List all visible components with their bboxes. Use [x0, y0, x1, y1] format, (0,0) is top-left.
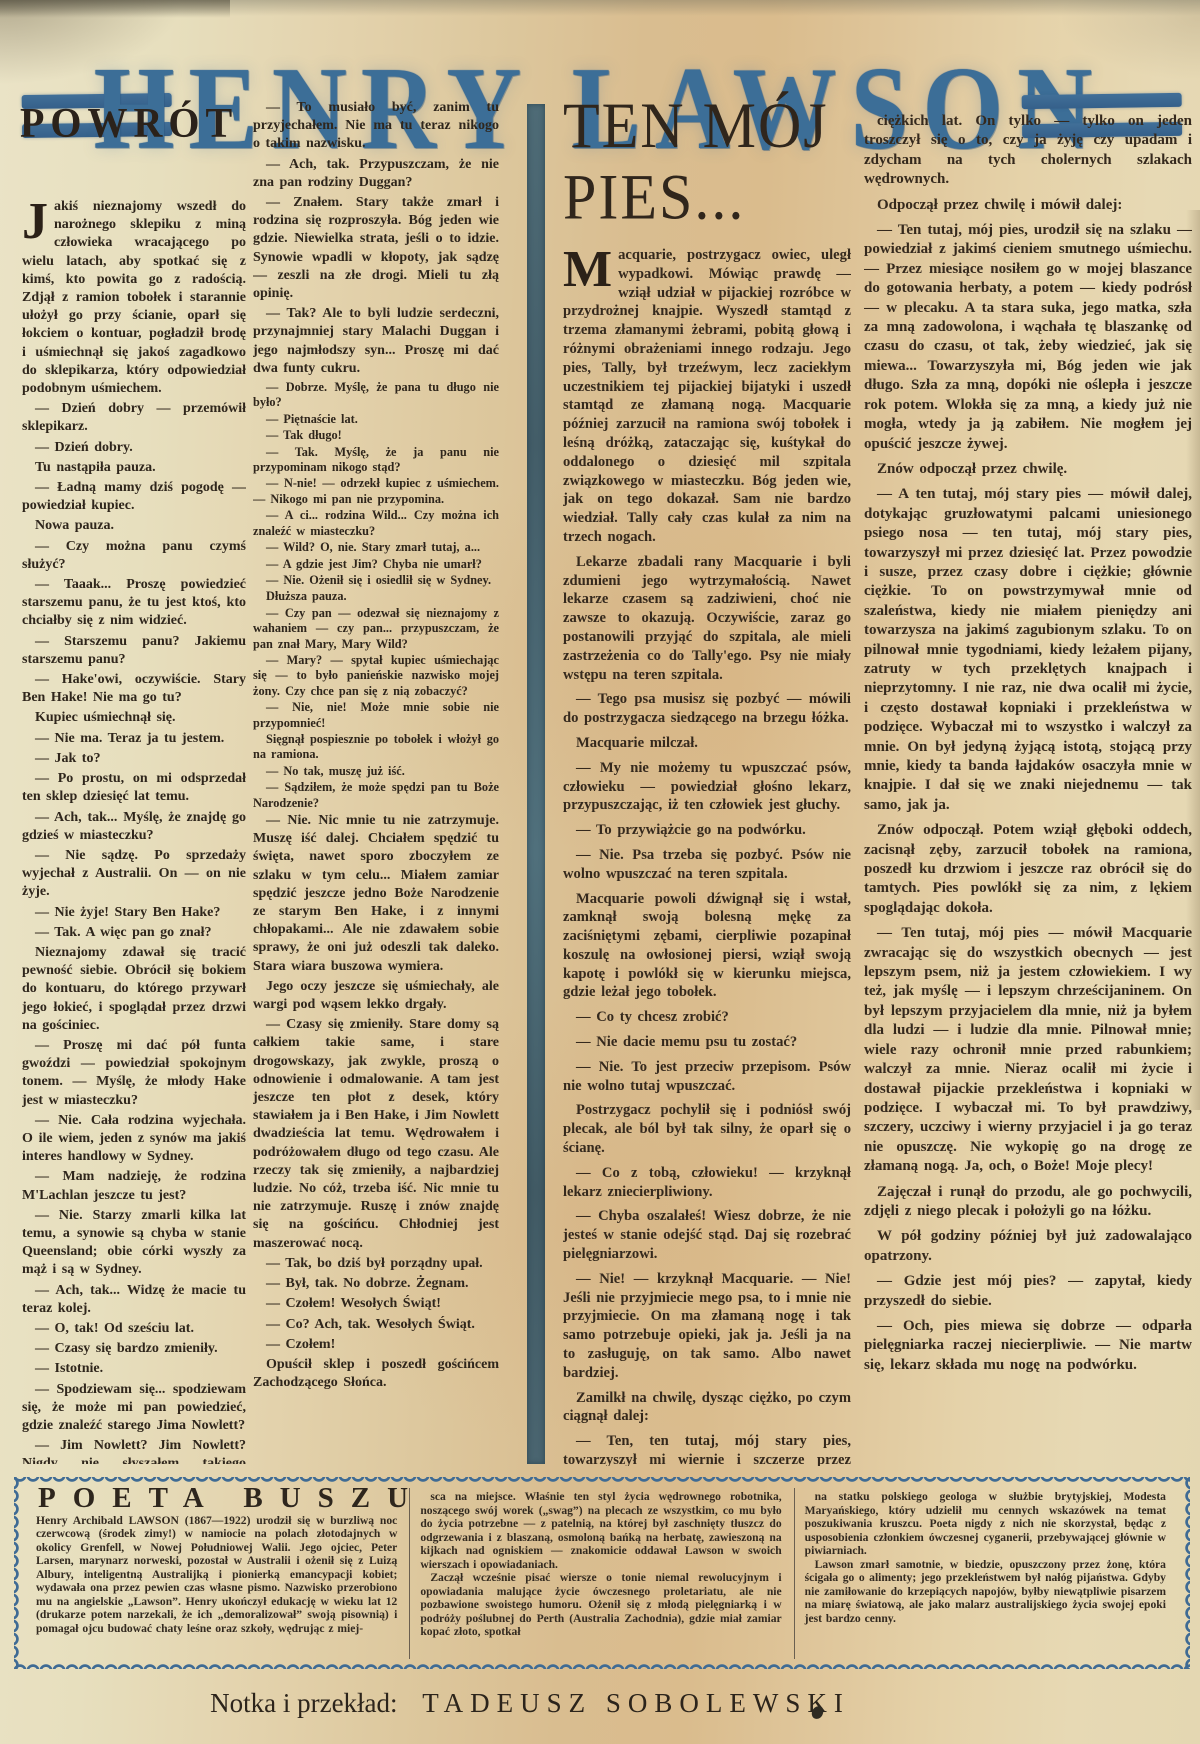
paragraph: Dłuższa pauza.: [253, 589, 499, 604]
paragraph: — Ten, ten tutaj, mój stary pies, towarz…: [563, 1432, 851, 1466]
paragraph: — Wild? O, nie. Stary zmarł tutaj, a...: [253, 540, 499, 555]
column-divider-bar: [527, 104, 545, 1464]
paragraph: — Taaak... Proszę powiedzieć starszemu p…: [22, 576, 246, 631]
paragraph: Nowa pauza.: [22, 517, 246, 535]
bio-box-column-2: sca na miejsce. Właśnie ten styl życia w…: [409, 1488, 793, 1659]
paragraph: — Ach, tak... Widzę że macie tu teraz ko…: [22, 1282, 246, 1318]
paragraph: — Co z tobą, człowieku! — krzyknął lekar…: [563, 1164, 851, 1202]
paragraph: — Nie. Cała rodzina wyjechała. O ile wie…: [22, 1112, 246, 1167]
powrot-column-2: — To musiało być, zanim tu przyjechałem.…: [253, 99, 499, 1465]
paragraph: — Gdzie jest mój pies? — zapytał, kiedy …: [864, 1272, 1192, 1311]
paragraph: — Czasy się bardzo zmieniły.: [22, 1340, 246, 1358]
pies-column-1: Macquarie, postrzygacz owiec, uległ wypa…: [563, 246, 851, 1466]
paragraph: — A ci... rodzina Wild... Czy można ich …: [253, 508, 499, 539]
paragraph: — Ten tutaj, mój pies, urodził się na sz…: [864, 221, 1192, 454]
bio-box-heading: POETA BUSZU: [38, 1492, 397, 1506]
paragraph: — Nie. Psa trzeba się pozbyć. Psów nie w…: [563, 846, 851, 884]
bio-box: POETA BUSZU Henry Archibald LAWSON (1867…: [14, 1477, 1190, 1669]
paragraph: ciężkich lat. On tylko — tylko on jeden …: [864, 112, 1192, 190]
paragraph: Sięgnął pospiesznie po tobołek i włożył …: [253, 732, 499, 763]
paragraph: Zaczął wcześnie pisać wiersze o tonie ni…: [420, 1571, 781, 1639]
paragraph: Macquarie milczał.: [563, 734, 851, 753]
paragraph: — Ach, tak... Myślę, że znajdę go gdzieś…: [22, 809, 246, 845]
paragraph: Jego oczy jeszcze się uśmiechały, ale wa…: [253, 978, 499, 1014]
story-title-ten-moj-pies: TEN MÓJ PIES...: [563, 90, 829, 233]
paragraph: Jakiś nieznajomy wszedł do narożnego skl…: [22, 198, 246, 398]
wavy-border-right: [1181, 1477, 1190, 1669]
paragraph: — Sądziłem, że może spędzi pan tu Boże N…: [253, 780, 499, 811]
paragraph: — Tak? Ale to byli ludzie serdeczni, prz…: [253, 305, 499, 378]
bio-box-column-3: na statku polskiego geologa w służbie br…: [794, 1488, 1178, 1659]
paragraph: Nieznajomy zdawał się tracić pewność sie…: [22, 944, 246, 1035]
small-type-run: — Dobrze. Myślę, że pana tu długo nie by…: [253, 380, 499, 811]
title-line: PIES...: [563, 161, 745, 232]
paragraph: — Och, pies miewa się dobrze — odparła p…: [864, 1317, 1192, 1375]
paragraph: — O, tak! Od sześciu lat.: [22, 1320, 246, 1338]
title-line: TEN MÓJ: [563, 90, 829, 161]
rule-bar: [1022, 93, 1182, 109]
paragraph: sca na miejsce. Właśnie ten styl życia w…: [420, 1490, 781, 1571]
paragraph: — Nie dacie memu psu tu zostać?: [563, 1033, 851, 1052]
paragraph: — Znałem. Stary także zmarł i rodzina si…: [253, 194, 499, 303]
paragraph: — Starszemu panu? Jakiemu starszemu panu…: [22, 633, 246, 669]
paragraph: — Tak. A więc pan go znał?: [22, 924, 246, 942]
paragraph: — Czy pan — odezwał się nieznajomy z wah…: [253, 606, 499, 652]
credit-line: Notka i przekład: TADEUSZ SOBOLEWSKI: [0, 1688, 1060, 1719]
paragraph: — Był, tak. No dobrze. Żegnam.: [253, 1275, 499, 1293]
story-title-powrot: POWRÓT: [20, 98, 238, 147]
paragraph: — A gdzie jest Jim? Chyba nie umarł?: [253, 557, 499, 572]
paragraph: — Chyba oszalałeś! Wiesz dobrze, że nie …: [563, 1207, 851, 1263]
paragraph: — Dzień dobry.: [22, 439, 246, 457]
paragraph: Macquarie, postrzygacz owiec, uległ wypa…: [563, 246, 851, 547]
paragraph: — Tak. Myślę, że ja panu nie przypominam…: [253, 445, 499, 476]
credit-label: Notka i przekład:: [210, 1688, 397, 1718]
paragraph: — No tak, muszę już iść.: [253, 764, 499, 779]
translator-name: TADEUSZ SOBOLEWSKI: [422, 1688, 850, 1718]
paragraph: — Dzień dobry — przemówił sklepikarz.: [22, 400, 246, 436]
paragraph: Zamilkł na chwilę, dysząc ciężko, po czy…: [563, 1389, 851, 1427]
paragraph: — Piętnaście lat.: [253, 412, 499, 427]
paragraph: — Nie. Ożenił się i osiedlił się w Sydne…: [253, 573, 499, 588]
paragraph: — Dobrze. Myślę, że pana tu długo nie by…: [253, 380, 499, 411]
paragraph: — Istotnie.: [22, 1360, 246, 1378]
paragraph: — Proszę mi dać pół funta gwoździ — powi…: [22, 1037, 246, 1110]
magazine-page: HENRY LAWSON POWRÓT Jakiś nieznajomy wsz…: [0, 0, 1200, 1744]
paragraph: — Nie. To jest przeciw przepisom. Psów n…: [563, 1058, 851, 1096]
paragraph: — Jak to?: [22, 750, 246, 768]
bio-box-column-1: POETA BUSZU Henry Archibald LAWSON (1867…: [26, 1488, 409, 1659]
paragraph: Znów odpoczął przez chwilę.: [864, 460, 1192, 479]
paragraph: — Jim Nowlett? Jim Nowlett? Nigdy nie sł…: [22, 1437, 246, 1464]
drop-cap: M: [563, 246, 618, 290]
paragraph: Lekarze zbadali rany Macquarie i byli zd…: [563, 553, 851, 685]
paragraph: — To musiało być, zanim tu przyjechałem.…: [253, 99, 499, 154]
paragraph: Zajęczał i runął do przodu, ale go pochw…: [864, 1183, 1192, 1222]
paragraph: — Czasy się zmieniły. Stare domy są całk…: [253, 1016, 499, 1253]
paragraph: — Czołem!: [253, 1336, 499, 1354]
paragraph: — Tak długo!: [253, 428, 499, 443]
paragraph: — Ładną mamy dziś pogodę — powiedział ku…: [22, 479, 246, 515]
paragraph: Opuścił sklep i poszedł gościńcem Zachod…: [253, 1356, 499, 1392]
paragraph: Lawson zmarł samotnie, w biedzie, opuszc…: [805, 1558, 1166, 1626]
paragraph: — Nie żyje! Stary Ben Hake?: [22, 904, 246, 922]
powrot-column-1: Jakiś nieznajomy wszedł do narożnego skl…: [22, 198, 246, 1464]
drop-cap: J: [22, 198, 54, 242]
paragraph: — Co? Ach, tak. Wesołych Świąt.: [253, 1316, 499, 1334]
paragraph: W pół godziny później był już zadowalają…: [864, 1227, 1192, 1266]
paragraph: — Nie. Nic mnie tu nie zatrzymuje. Muszę…: [253, 812, 499, 976]
wavy-border-bottom: [14, 1660, 1190, 1669]
paragraph: — N-nie! — odrzekł kupiec z uśmiechem. —…: [253, 476, 499, 507]
paragraph: Kupiec uśmiechnął się.: [22, 709, 246, 727]
paragraph: — To przywiążcie go na podwórku.: [563, 821, 851, 840]
paragraph: — Ten tutaj, mój pies — mówił Macquarie …: [864, 924, 1192, 1176]
paragraph: — Czołem! Wesołych Świąt!: [253, 1295, 499, 1313]
paragraph: Odpoczął przez chwilę i mówił dalej:: [864, 196, 1192, 215]
paragraph: — Mary? — spytał kupiec uśmiechając się …: [253, 653, 499, 699]
paragraph: Tu nastąpiła pauza.: [22, 459, 246, 477]
paragraph: — Czy można panu czymś służyć?: [22, 538, 246, 574]
paragraph: — Co ty chcesz zrobić?: [563, 1008, 851, 1027]
paragraph: — Tego psa musisz się pozbyć — mówili do…: [563, 690, 851, 728]
paragraph: — Hake'owi, oczywiście. Stary Ben Hake! …: [22, 671, 246, 707]
paragraph: — Nie sądzę. Po sprzedaży wyjechał z Aus…: [22, 847, 246, 902]
paragraph: — My nie możemy tu wpuszczać psów, człow…: [563, 759, 851, 815]
paragraph: Macquarie powoli dźwignął się i wstał, z…: [563, 890, 851, 1003]
paper-stain: [0, 0, 230, 18]
pies-column-2: ciężkich lat. On tylko — tylko on jeden …: [864, 112, 1192, 1464]
paragraph: — Nie! — krzyknął Macquarie. — Nie! Jeśl…: [563, 1270, 851, 1383]
paragraph: na statku polskiego geologa w służbie br…: [805, 1490, 1166, 1558]
paragraph: — Spodziewam się... spodziewam się, że m…: [22, 1381, 246, 1436]
paragraph: Znów odpoczął. Potem wziął głęboki oddec…: [864, 821, 1192, 918]
paragraph: — Tak, bo dziś był porządny upał.: [253, 1255, 499, 1273]
paragraph: — Ach, tak. Przypuszczam, że nie zna pan…: [253, 156, 499, 192]
paragraph: — A ten tutaj, mój stary pies — mówił da…: [864, 485, 1192, 815]
wavy-border-top: [14, 1477, 1190, 1486]
paragraph: Henry Archibald LAWSON (1867—1922) urodz…: [36, 1514, 397, 1636]
paragraph: — Nie, nie! Może mnie sobie nie przypomn…: [253, 700, 499, 731]
wavy-border-left: [14, 1477, 23, 1669]
paragraph: — Po prostu, on mi odsprzedał ten sklep …: [22, 770, 246, 806]
paragraph: — Mam nadzieję, że rodzina M'Lachlan jes…: [22, 1168, 246, 1204]
paragraph: — Nie ma. Teraz ja tu jestem.: [22, 730, 246, 748]
paragraph: Postrzygacz pochylił się i podniósł swój…: [563, 1101, 851, 1157]
paragraph: — Nie. Starzy zmarli kilka lat temu, a s…: [22, 1207, 246, 1280]
